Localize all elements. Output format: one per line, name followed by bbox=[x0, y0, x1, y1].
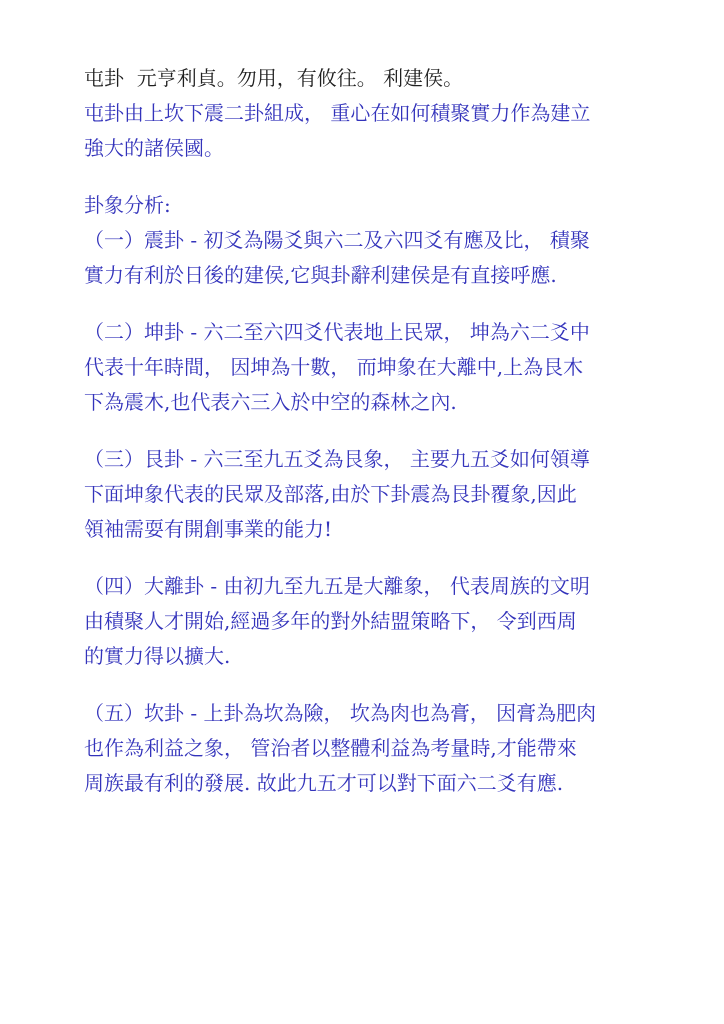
analysis-section-heading: 卦象分析: bbox=[84, 188, 684, 223]
analysis-item-4: （四）大離卦 - 由初九至九五是大離象， 代表周族的文明 由積聚人才開始,經過多… bbox=[84, 569, 684, 674]
item-3-line-1: （三）艮卦 - 六三至九五爻為艮象， 主要九五爻如何領導 bbox=[84, 442, 684, 477]
intro-line-2: 強大的諸侯國。 bbox=[84, 131, 684, 166]
item-5-line-2: 也作為利益之象， 管治者以整體利益為考量時,才能帶來 bbox=[84, 731, 684, 766]
document-page: 屯卦 元亨利貞。勿用，有攸往。 利建侯。 屯卦由上坎下震二卦組成， 重心在如何積… bbox=[0, 0, 724, 1024]
item-4-line-1: （四）大離卦 - 由初九至九五是大離象， 代表周族的文明 bbox=[84, 569, 684, 604]
hexagram-statement-line: 屯卦 元亨利貞。勿用，有攸往。 利建侯。 bbox=[84, 61, 684, 96]
analysis-item-5: （五）坎卦 - 上卦為坎為險， 坎為肉也為膏， 因膏為肥肉 也作為利益之象， 管… bbox=[84, 696, 684, 801]
item-5-line-1: （五）坎卦 - 上卦為坎為險， 坎為肉也為膏， 因膏為肥肉 bbox=[84, 696, 684, 731]
item-4-line-2: 由積聚人才開始,經過多年的對外結盟策略下， 令到西周 bbox=[84, 604, 684, 639]
item-3-line-3: 領袖需耍有開創事業的能力! bbox=[84, 512, 684, 547]
item-1-line-1: （一）震卦 - 初爻為陽爻與六二及六四爻有應及比， 積聚 bbox=[84, 223, 684, 258]
hexagram-header-paragraph: 屯卦 元亨利貞。勿用，有攸往。 利建侯。 屯卦由上坎下震二卦組成， 重心在如何積… bbox=[84, 61, 684, 166]
intro-line-1: 屯卦由上坎下震二卦組成， 重心在如何積聚實力作為建立 bbox=[84, 96, 684, 131]
analysis-item-2: （二）坤卦 - 六二至六四爻代表地上民眾， 坤為六二爻中 代表十年時間， 因坤為… bbox=[84, 315, 684, 420]
analysis-section-item-1: 卦象分析: （一）震卦 - 初爻為陽爻與六二及六四爻有應及比， 積聚 實力有利於… bbox=[84, 188, 684, 293]
analysis-item-3: （三）艮卦 - 六三至九五爻為艮象， 主要九五爻如何領導 下面坤象代表的民眾及部… bbox=[84, 442, 684, 547]
item-4-line-3: 的實力得以擴大. bbox=[84, 639, 684, 674]
item-3-line-2: 下面坤象代表的民眾及部落,由於下卦震為艮卦覆象,因此 bbox=[84, 477, 684, 512]
item-2-line-1: （二）坤卦 - 六二至六四爻代表地上民眾， 坤為六二爻中 bbox=[84, 315, 684, 350]
item-5-line-3: 周族最有利的發展. 故此九五才可以對下面六二爻有應. bbox=[84, 766, 684, 801]
item-2-line-2: 代表十年時間， 因坤為十數， 而坤象在大離中,上為艮木 bbox=[84, 350, 684, 385]
item-1-line-2: 實力有利於日後的建侯,它與卦辭利建侯是有直接呼應. bbox=[84, 258, 684, 293]
item-2-line-3: 下為震木,也代表六三入於中空的森林之內. bbox=[84, 385, 684, 420]
